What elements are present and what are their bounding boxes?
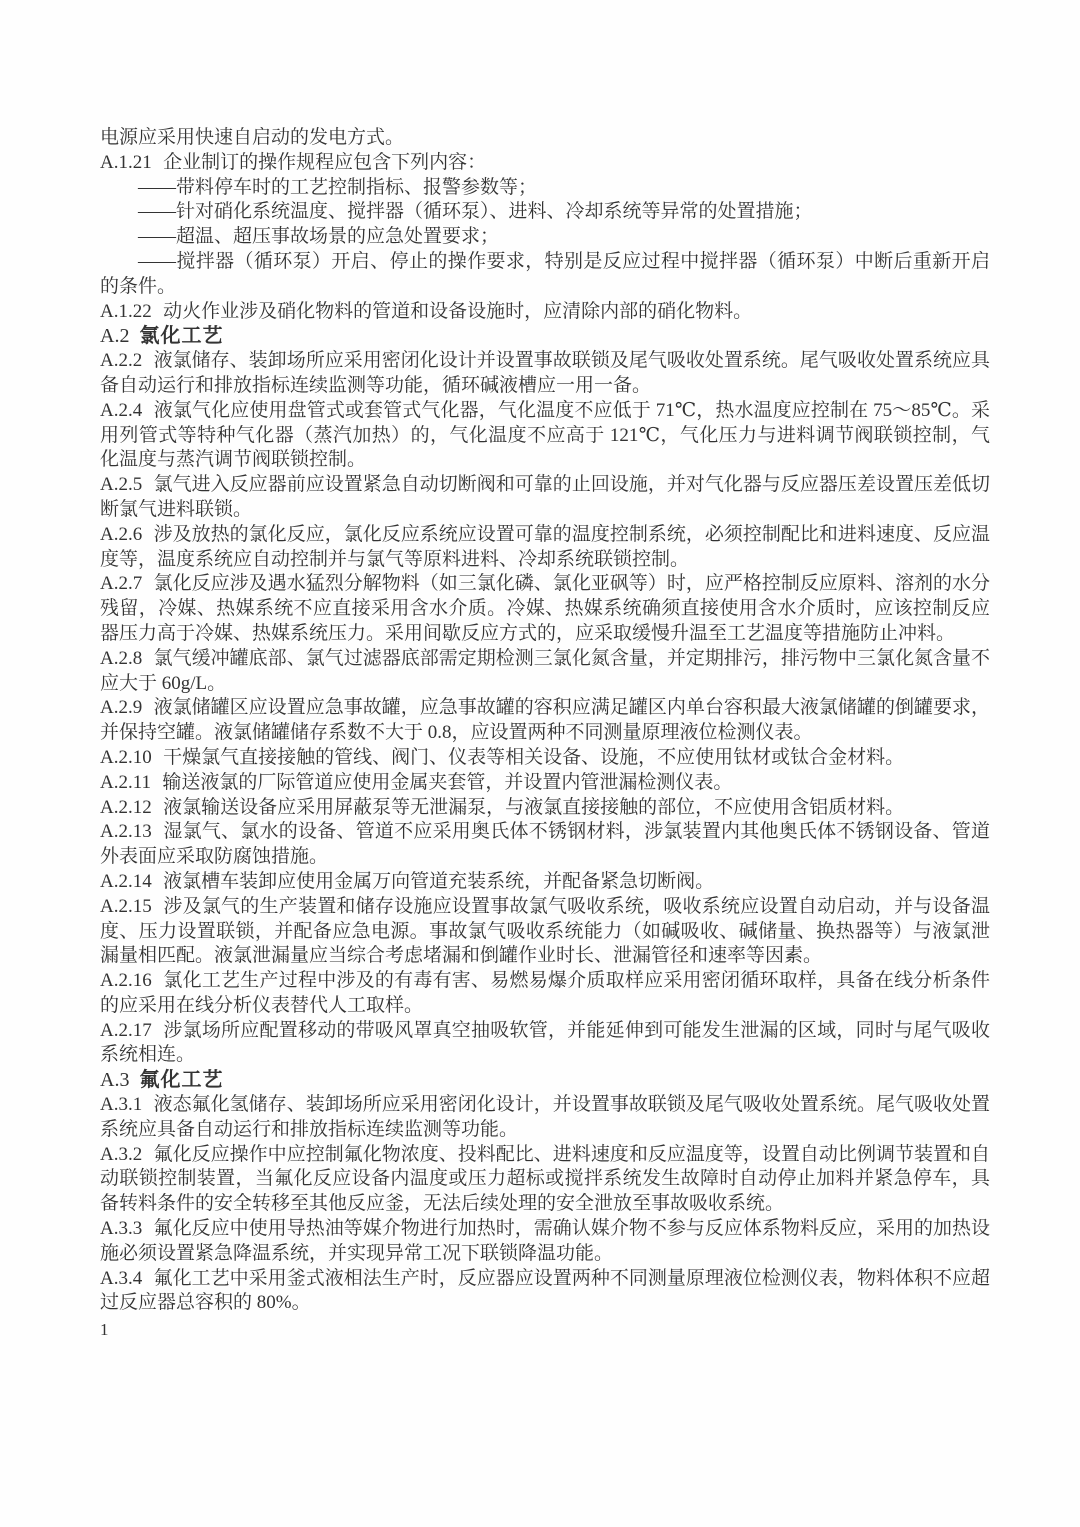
clause-number: A.2.12 (100, 797, 152, 818)
clause-text: 氯化反应涉及遇水猛烈分解物料（如三氯化磷、氯化亚砜等）时，应严格控制反应原料、溶… (100, 573, 990, 644)
clause-a-3-1: A.3.1液态氟化氢储存、装卸场所应采用密闭化设计，并设置事故联锁及尾气吸收处置… (100, 1093, 990, 1143)
clause-text: 氟化工艺中采用釜式液相法生产时，反应器应设置两种不同测量原理液位检测仪表，物料体… (100, 1268, 990, 1314)
clause-text: 电源应采用快速自启动的发电方式。 (100, 127, 404, 148)
dash-list-item-2: ——针对硝化系统温度、搅拌器（循环泵）、进料、冷却系统等异常的处置措施； (100, 200, 990, 225)
clause-text: 干燥氯气直接接触的管线、阀门、仪表等相关设备、设施，不应使用钛材或钛合金材料。 (163, 747, 904, 768)
list-item-text: ——搅拌器（循环泵）开启、停止的操作要求，特别是反应过程中搅拌器（循环泵）中断后… (100, 251, 990, 297)
section-number: A.3 (100, 1069, 129, 1091)
clause-a-2-14: A.2.14液氯槽车装卸应使用金属万向管道充装系统，并配备紧急切断阀。 (100, 870, 990, 895)
clause-text: 氯气进入反应器前应设置紧急自动切断阀和可靠的止回设施，并对气化器与反应器压差设置… (100, 474, 990, 520)
page-number: 1 (100, 1318, 990, 1343)
clause-text: 涉及氯气的生产装置和储存设施应设置事故氯气吸收系统，吸收系统应设置自动启动，并与… (100, 896, 990, 967)
clause-a-2-2: A.2.2液氯储存、装卸场所应采用密闭化设计并设置事故联锁及尾气吸收处置系统。尾… (100, 349, 990, 399)
section-title: 氯化工艺 (139, 325, 223, 347)
clause-number: A.3.4 (100, 1268, 142, 1289)
clause-text: 动火作业涉及硝化物料的管道和设备设施时，应清除内部的硝化物料。 (163, 301, 752, 322)
clause-number: A.1.21 (100, 152, 152, 173)
clause-a-2-5: A.2.5氯气进入反应器前应设置紧急自动切断阀和可靠的止回设施，并对气化器与反应… (100, 473, 990, 523)
dash-list-item-4: ——搅拌器（循环泵）开启、停止的操作要求，特别是反应过程中搅拌器（循环泵）中断后… (100, 250, 990, 300)
clause-number: A.2.16 (100, 970, 152, 991)
dash-list-item-1: ——带料停车时的工艺控制指标、报警参数等； (100, 176, 990, 201)
clause-a-2-8: A.2.8氯气缓冲罐底部、氯气过滤器底部需定期检测三氯化氮含量，并定期排污，排污… (100, 647, 990, 697)
clause-text: 液氯气化应使用盘管式或套管式气化器，气化温度不应低于 71℃，热水温度应控制在 … (100, 400, 990, 471)
clause-number: A.2.15 (100, 896, 152, 917)
clause-number: A.2.13 (100, 821, 152, 842)
clause-text: 企业制订的操作规程应包含下列内容： (163, 152, 486, 173)
clause-text: 氟化反应中使用导热油等媒介物进行加热时，需确认媒介物不参与反应体系物料反应，采用… (100, 1218, 990, 1264)
clause-number: A.2.5 (100, 474, 142, 495)
clause-a-3-3: A.3.3氟化反应中使用导热油等媒介物进行加热时，需确认媒介物不参与反应体系物料… (100, 1217, 990, 1267)
clause-intro-continuation: 电源应采用快速自启动的发电方式。 (100, 126, 990, 151)
document-page: 电源应采用快速自启动的发电方式。 A.1.21企业制订的操作规程应包含下列内容：… (0, 0, 1080, 1527)
list-item-text: ——超温、超压事故场景的应急处置要求； (138, 226, 499, 247)
clause-text: 涉氯场所应配置移动的带吸风罩真空抽吸软管，并能延伸到可能发生泄漏的区域，同时与尾… (100, 1020, 990, 1066)
clause-number: A.2.2 (100, 350, 142, 371)
clause-number: A.1.22 (100, 301, 152, 322)
clause-text: 液氯输送设备应采用屏蔽泵等无泄漏泵，与液氯直接接触的部位，不应使用含铝质材料。 (163, 797, 904, 818)
clause-a-3-2: A.3.2氟化反应操作中应控制氟化物浓度、投料配比、进料速度和反应温度等，设置自… (100, 1143, 990, 1217)
clause-text: 湿氯气、氯水的设备、管道不应采用奥氏体不锈钢材料，涉氯装置内其他奥氏体不锈钢设备… (100, 821, 990, 867)
clause-number: A.2.7 (100, 573, 142, 594)
dash-list-item-3: ——超温、超压事故场景的应急处置要求； (100, 225, 990, 250)
clause-number: A.3.3 (100, 1218, 142, 1239)
clause-text: 液氯槽车装卸应使用金属万向管道充装系统，并配备紧急切断阀。 (163, 871, 714, 892)
clause-a-2-17: A.2.17涉氯场所应配置移动的带吸风罩真空抽吸软管，并能延伸到可能发生泄漏的区… (100, 1019, 990, 1069)
clause-a-2-13: A.2.13湿氯气、氯水的设备、管道不应采用奥氏体不锈钢材料，涉氯装置内其他奥氏… (100, 820, 990, 870)
clause-a-2-9: A.2.9液氯储罐区应设置应急事故罐，应急事故罐的容积应满足罐区内单台容积最大液… (100, 696, 990, 746)
clause-number: A.2.10 (100, 747, 152, 768)
clause-number: A.2.11 (100, 772, 151, 793)
section-number: A.2 (100, 325, 129, 347)
clause-text: 氯气缓冲罐底部、氯气过滤器底部需定期检测三氯化氮含量，并定期排污，排污物中三氯化… (100, 648, 990, 694)
clause-number: A.3.2 (100, 1144, 142, 1165)
clause-a-2-6: A.2.6涉及放热的氯化反应，氯化反应系统应设置可靠的温度控制系统，必须控制配比… (100, 523, 990, 573)
clause-number: A.3.1 (100, 1094, 142, 1115)
clause-number: A.2.14 (100, 871, 152, 892)
clause-a-1-22: A.1.22动火作业涉及硝化物料的管道和设备设施时，应清除内部的硝化物料。 (100, 300, 990, 325)
clause-a-2-10: A.2.10干燥氯气直接接触的管线、阀门、仪表等相关设备、设施，不应使用钛材或钛… (100, 746, 990, 771)
clause-number: A.2.4 (100, 400, 142, 421)
clause-text: 氯化工艺生产过程中涉及的有毒有害、易燃易爆介质取样应采用密闭循环取样，具备在线分… (100, 970, 990, 1016)
clause-number: A.2.8 (100, 648, 142, 669)
clause-text: 涉及放热的氯化反应，氯化反应系统应设置可靠的温度控制系统，必须控制配比和进料速度… (100, 524, 990, 570)
clause-number: A.2.17 (100, 1020, 152, 1041)
clause-a-2-15: A.2.15涉及氯气的生产装置和储存设施应设置事故氯气吸收系统，吸收系统应设置自… (100, 895, 990, 969)
clause-text: 液氯储存、装卸场所应采用密闭化设计并设置事故联锁及尾气吸收处置系统。尾气吸收处置… (100, 350, 990, 396)
clause-a-2-16: A.2.16氯化工艺生产过程中涉及的有毒有害、易燃易爆介质取样应采用密闭循环取样… (100, 969, 990, 1019)
clause-text: 液氯储罐区应设置应急事故罐，应急事故罐的容积应满足罐区内单台容积最大液氯储罐的倒… (100, 697, 990, 743)
clause-a-2-7: A.2.7氯化反应涉及遇水猛烈分解物料（如三氯化磷、氯化亚砜等）时，应严格控制反… (100, 572, 990, 646)
section-heading-a3: A.3氟化工艺 (100, 1068, 990, 1093)
document-content: 电源应采用快速自启动的发电方式。 A.1.21企业制订的操作规程应包含下列内容：… (100, 126, 990, 1343)
clause-a-3-4: A.3.4氟化工艺中采用釜式液相法生产时，反应器应设置两种不同测量原理液位检测仪… (100, 1267, 990, 1317)
section-heading-a2: A.2氯化工艺 (100, 324, 990, 349)
clause-a-1-21: A.1.21企业制订的操作规程应包含下列内容： (100, 151, 990, 176)
clause-text: 液态氟化氢储存、装卸场所应采用密闭化设计，并设置事故联锁及尾气吸收处置系统。尾气… (100, 1094, 990, 1140)
list-item-text: ——针对硝化系统温度、搅拌器（循环泵）、进料、冷却系统等异常的处置措施； (138, 201, 813, 222)
clause-text: 输送液氯的厂际管道应使用金属夹套管，并设置内管泄漏检测仪表。 (162, 772, 732, 793)
clause-number: A.2.6 (100, 524, 142, 545)
section-title: 氟化工艺 (139, 1069, 223, 1091)
clause-number: A.2.9 (100, 697, 142, 718)
list-item-text: ——带料停车时的工艺控制指标、报警参数等； (138, 177, 537, 198)
clause-text: 氟化反应操作中应控制氟化物浓度、投料配比、进料速度和反应温度等，设置自动比例调节… (100, 1144, 990, 1215)
clause-a-2-4: A.2.4液氯气化应使用盘管式或套管式气化器，气化温度不应低于 71℃，热水温度… (100, 399, 990, 473)
clause-a-2-12: A.2.12液氯输送设备应采用屏蔽泵等无泄漏泵，与液氯直接接触的部位，不应使用含… (100, 796, 990, 821)
clause-a-2-11: A.2.11输送液氯的厂际管道应使用金属夹套管，并设置内管泄漏检测仪表。 (100, 771, 990, 796)
